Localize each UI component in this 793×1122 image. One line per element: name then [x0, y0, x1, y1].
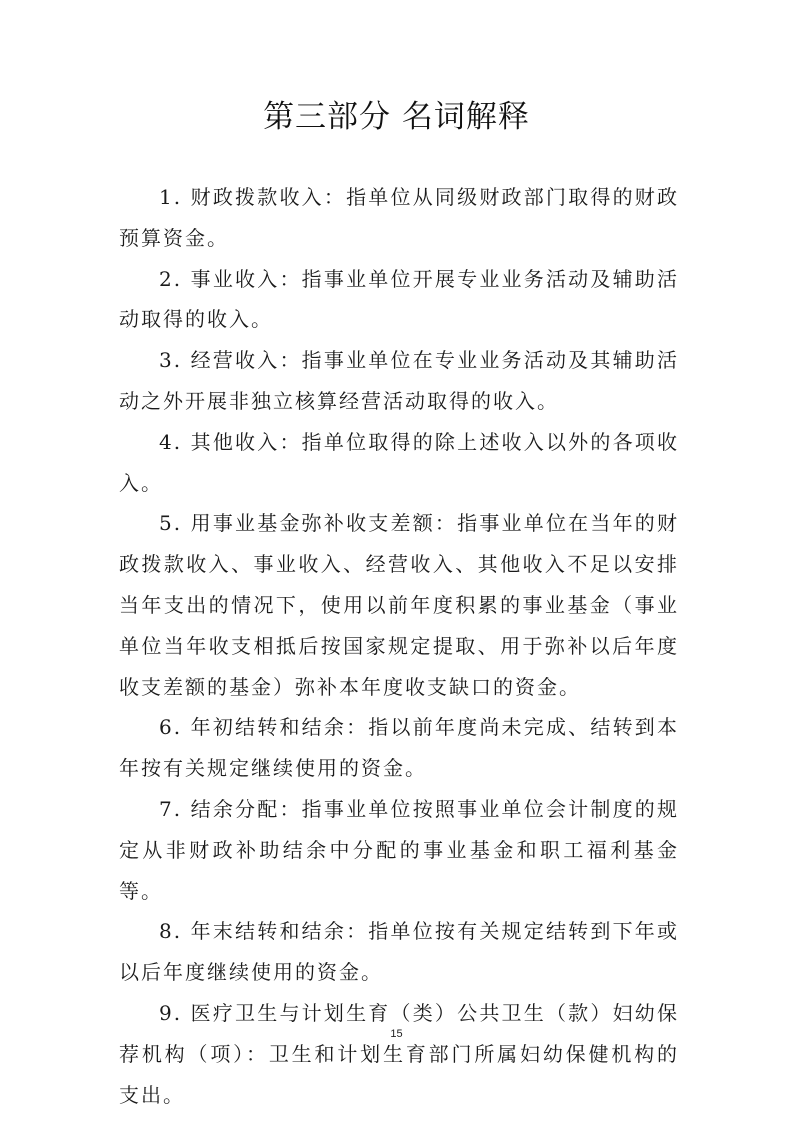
page-title: 第三部分 名词解释 — [0, 95, 793, 139]
definition-paragraph: 6. 年初结转和结余：指以前年度尚未完成、结转到本年按有关规定继续使用的资金。 — [119, 707, 679, 789]
definitions-list: 1. 财政拨款收入：指单位从同级财政部门取得的财政预算资金。 2. 事业收入：指… — [119, 177, 679, 1115]
definition-paragraph: 2. 事业收入：指事业单位开展专业业务活动及辅助活动取得的收入。 — [119, 259, 679, 341]
page-number: 15 — [0, 1028, 793, 1040]
definition-paragraph: 1. 财政拨款收入：指单位从同级财政部门取得的财政预算资金。 — [119, 177, 679, 259]
definition-paragraph: 5. 用事业基金弥补收支差额：指事业单位在当年的财政拨款收入、事业收入、经营收入… — [119, 503, 679, 707]
definition-paragraph: 9. 医疗卫生与计划生育（类）公共卫生（款）妇幼保荐机构（项）：卫生和计划生育部… — [119, 993, 679, 1115]
definition-paragraph: 4. 其他收入：指单位取得的除上述收入以外的各项收入。 — [119, 422, 679, 504]
definition-paragraph: 7. 结余分配：指事业单位按照事业单位会计制度的规定从非财政补助结余中分配的事业… — [119, 789, 679, 911]
definition-paragraph: 8. 年末结转和结余：指单位按有关规定结转到下年或以后年度继续使用的资金。 — [119, 911, 679, 993]
document-page: 第三部分 名词解释 1. 财政拨款收入：指单位从同级财政部门取得的财政预算资金。… — [0, 0, 793, 1122]
definition-paragraph: 3. 经营收入：指事业单位在专业业务活动及其辅助活动之外开展非独立核算经营活动取… — [119, 340, 679, 422]
